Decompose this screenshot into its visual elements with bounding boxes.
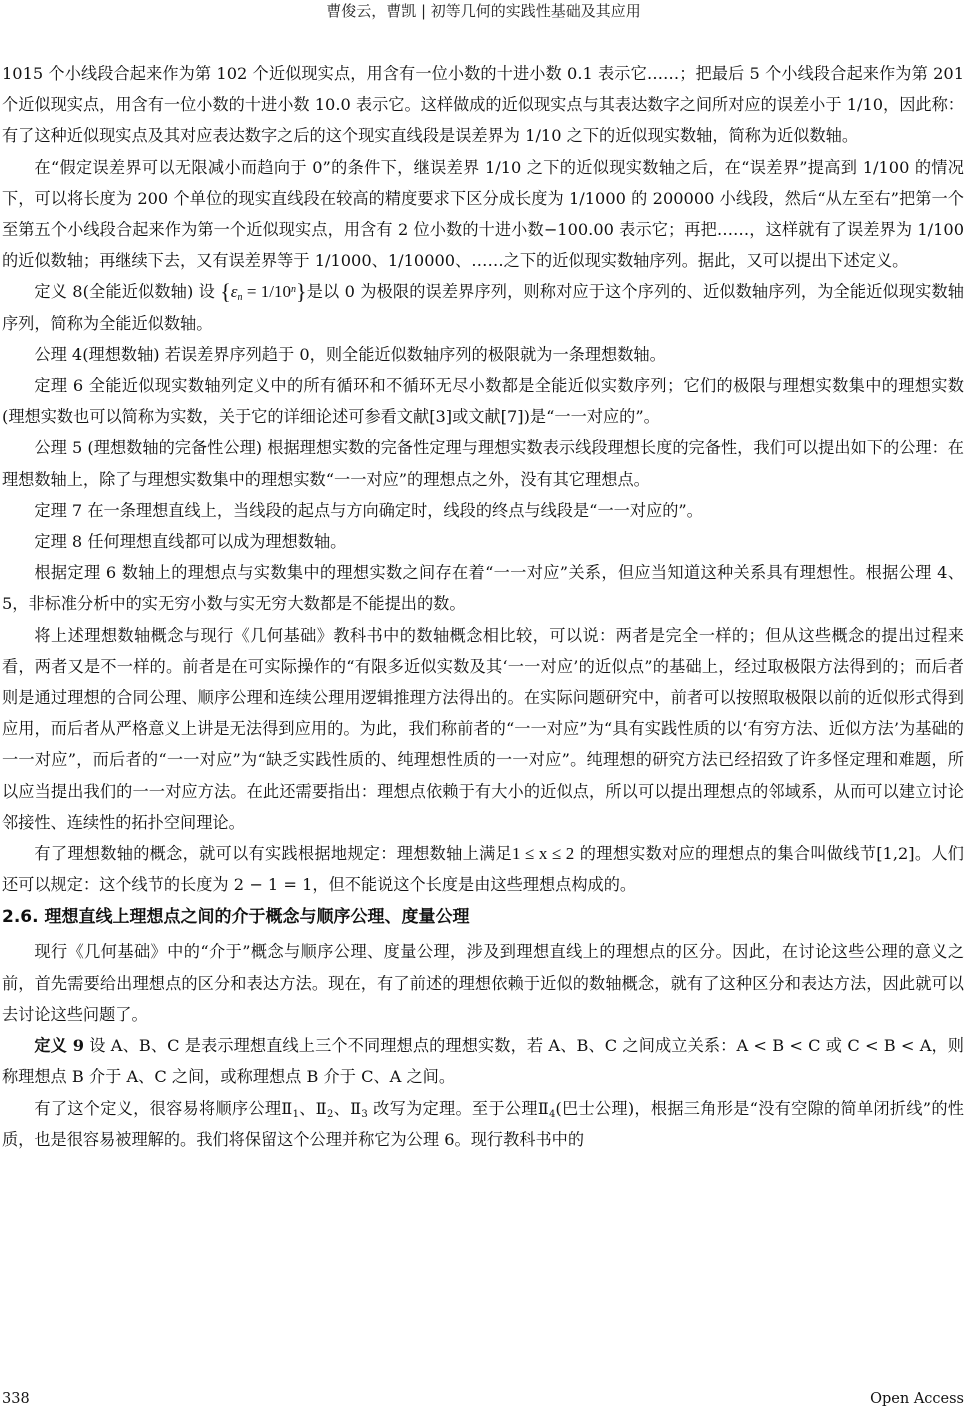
left-brace-symbol: { (220, 279, 231, 304)
right-brace-symbol: } (296, 279, 307, 304)
page-number: 338 (2, 1390, 30, 1408)
publisher-label: Open Access (870, 1390, 964, 1408)
theorem-8: 定理 8 任何理想直线都可以成为理想数轴。 (2, 526, 964, 557)
paragraph-line-segment: 有了理想数轴的概念，就可以有实践根据地规定：理想数轴上满足1 ≤ x ≤ 2 的… (2, 838, 964, 900)
paragraph-theorem-6-remark: 根据定理 6 数轴上的理想点与实数集中的理想实数之间存在着“一一对应”关系，但应… (2, 557, 964, 619)
theorem-6: 定理 6 全能近似现实数轴列定义中的所有循环和不循环无尽小数都是全能近似实数序列… (2, 370, 964, 432)
definition-9: 定义 9 设 A、B、C 是表示理想直线上三个不同理想点的理想实数，若 A、B、… (2, 1030, 964, 1092)
definition-9-text: 设 A、B、C 是表示理想直线上三个不同理想点的理想实数，若 A、B、C 之间成… (2, 1036, 964, 1086)
paragraph-comparison: 将上述理想数轴概念与现行《几何基础》教科书中的数轴概念相比较，可以说：两者是完全… (2, 620, 964, 838)
axiom-4: 公理 4(理想数轴) 若误差界序列趋于 0，则全能近似数轴序列的极限就为一条理想… (2, 339, 964, 370)
section-heading: 2.6. 理想直线上理想点之间的介于概念与顺序公理、度量公理 (2, 906, 964, 928)
paragraph-error-bound: 在“假定误差界可以无限减小而趋向于 0”的条件下，继误差界 1/10 之下的近似… (2, 152, 964, 277)
axiom-5: 公理 5 (理想数轴的完备性公理) 根据理想实数的完备性定理与理想实数表示线段理… (2, 432, 964, 494)
definition-8-prefix: 定义 8(全能近似数轴) 设 (34, 282, 215, 301)
epsilon-sequence-formula: {εn = 1/10n} (220, 282, 306, 301)
paragraph-approx-axis: 1015 个小线段合起来作为第 102 个近似现实点，用含有一位小数的十进小数 … (2, 58, 964, 152)
inequality-formula: 1 ≤ x ≤ 2 (512, 844, 574, 863)
paragraph-section-intro: 现行《几何基础》中的“介于”概念与顺序公理、度量公理，涉及到理想直线上的理想点的… (2, 936, 964, 1030)
running-header: 曹俊云，曹凯 | 初等几何的实践性基础及其应用 (0, 2, 967, 20)
theorem-7: 定理 7 在一条理想直线上，当线段的起点与方向确定时，线段的终点与线段是“一一对… (2, 495, 964, 526)
article-body: 1015 个小线段合起来作为第 102 个近似现实点，用含有一位小数的十进小数 … (2, 58, 964, 1155)
page-footer: 338 Open Access (2, 1390, 964, 1408)
definition-9-label: 定义 9 (34, 1036, 84, 1055)
definition-8: 定义 8(全能近似数轴) 设 {εn = 1/10n}是以 0 为极限的误差界序… (2, 276, 964, 338)
paragraph-order-axioms: 有了这个定义，很容易将顺序公理Ⅱ1、Ⅱ2、Ⅱ3 改写为定理。至于公理Ⅱ4(巴士公… (2, 1093, 964, 1155)
